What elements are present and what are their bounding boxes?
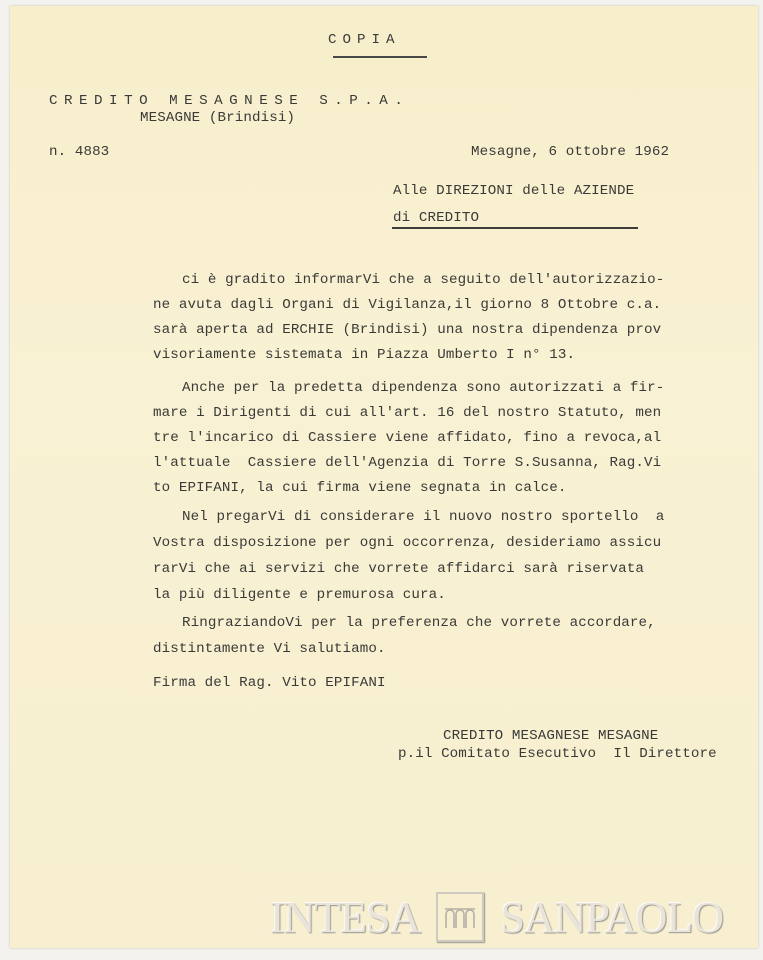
sender-location: MESAGNE (Brindisi) (140, 110, 295, 126)
document-page: COPIA CREDITO MESAGNESE S.P.A. MESAGNE (… (10, 6, 758, 948)
body-line: ne avuta dagli Organi di Vigilanza,il gi… (153, 297, 661, 313)
watermark-right: SANPAOLO (500, 892, 723, 943)
body-line: distintamente Vi salutiamo. (153, 641, 386, 657)
recipient-underline (392, 227, 638, 229)
copy-heading: COPIA (328, 32, 401, 48)
body-line: to EPIFANI, la cui firma viene segnata i… (153, 480, 566, 496)
body-line: sarà aperta ad ERCHIE (Brindisi) una nos… (153, 322, 661, 338)
signature-note: Firma del Rag. Vito EPIFANI (153, 675, 386, 691)
recipient-line-1: Alle DIREZIONI delle AZIENDE (393, 183, 634, 199)
body-line: visoriamente sistemata in Piazza Umberto… (153, 347, 575, 363)
body-line: RingraziandoVi per la preferenza che vor… (182, 615, 656, 631)
body-line: la più diligente e premurosa cura. (153, 587, 446, 603)
body-line: Vostra disposizione per ogni occorrenza,… (153, 535, 661, 551)
place-date: Mesagne, 6 ottobre 1962 (471, 144, 669, 160)
body-line: Anche per la predetta dipendenza sono au… (182, 380, 664, 396)
recipient-line-2: di CREDITO (393, 210, 479, 226)
closing-company: CREDITO MESAGNESE MESAGNE (443, 728, 658, 744)
body-line: rarVi che ai servizi che vorrete affidar… (153, 561, 644, 577)
watermark-left: INTESA (270, 892, 420, 943)
heading-underline (333, 56, 427, 58)
arches-logo-icon (436, 892, 484, 942)
protocol-number: n. 4883 (49, 144, 109, 160)
sender-name: CREDITO MESAGNESE S.P.A. (49, 93, 409, 109)
intesa-sanpaolo-watermark: INTESA SANPAOLO (270, 887, 723, 947)
body-line: mare i Dirigenti di cui all'art. 16 del … (153, 405, 661, 421)
body-line: Nel pregarVi di considerare il nuovo nos… (182, 509, 664, 525)
body-line: l'attuale Cassiere dell'Agenzia di Torre… (153, 455, 661, 471)
body-line: tre l'incarico di Cassiere viene affidat… (153, 430, 661, 446)
closing-signatory: p.il Comitato Esecutivo Il Direttore (398, 746, 717, 762)
body-line: ci è gradito informarVi che a seguito de… (182, 272, 664, 288)
